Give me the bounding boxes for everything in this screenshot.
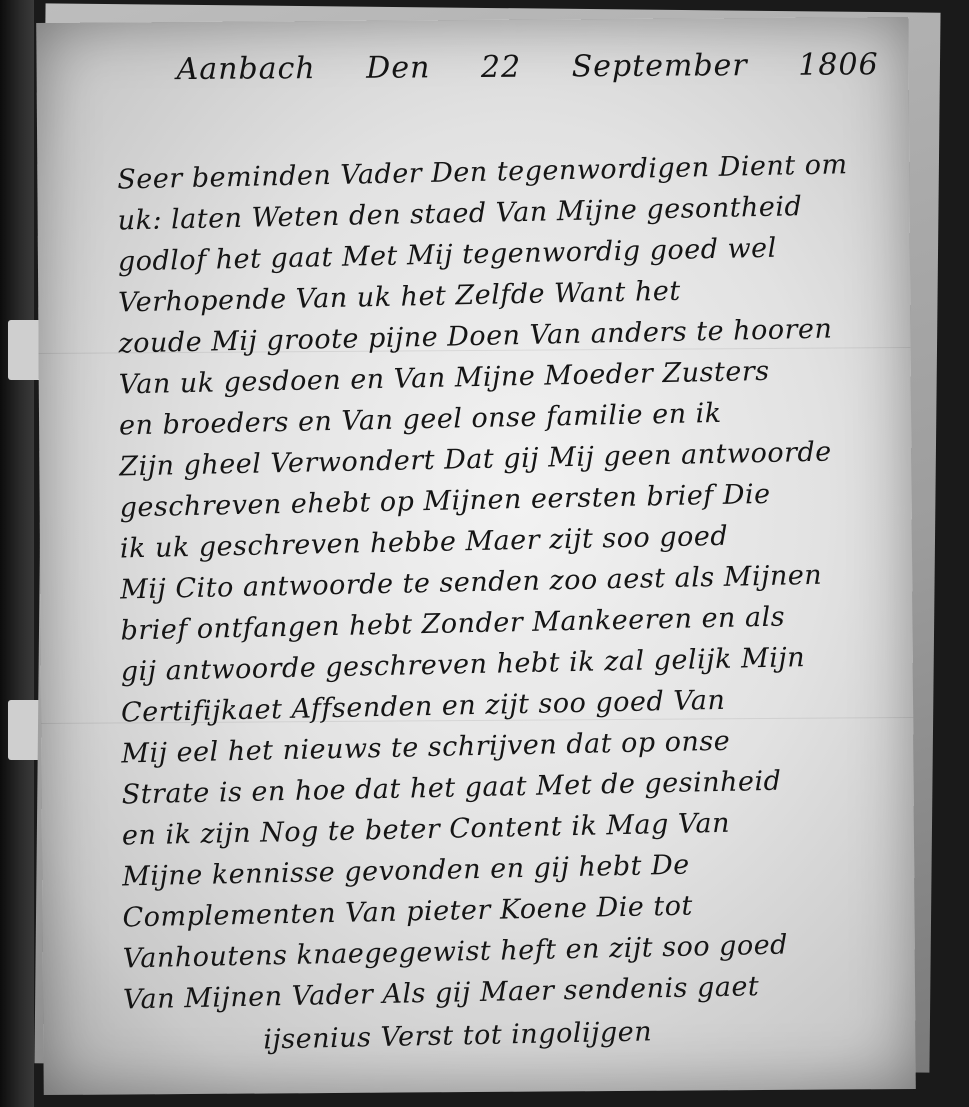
date-prefix: Den (366, 50, 430, 85)
date-day: 22 (481, 50, 521, 85)
letter-line: ik uk geschreven hebbe Maer zijt soo goe… (120, 517, 900, 564)
letter-line: Mijne kennisse gevonden en gij hebt De (122, 845, 902, 892)
letter-line: geschreven ehebt op Mijnen eersten brief… (119, 476, 899, 523)
letter-line: Mij Cito antwoorde te senden zoo aest al… (120, 558, 900, 605)
letter-line: Zijn gheel Verwondert Dat gij Mij geen a… (119, 435, 899, 482)
letter-line: Strate is en hoe dat het gaat Met de ges… (121, 763, 901, 810)
place-name: Aanbach (176, 51, 315, 87)
book-binding-edge (0, 0, 34, 1107)
letter-line: en broeders en Van geel onse familie en … (119, 394, 899, 441)
letter-line: Certifijkaet Affsenden en zijt soo goed … (121, 681, 901, 728)
letter-line: Vanhoutens knaegegewist heft en zijt soo… (122, 927, 902, 974)
date-month: September (572, 48, 748, 84)
letter-line: Mij eel het nieuws te schrijven dat op o… (121, 722, 901, 769)
letter-line: Seer beminden Vader Den tegenwordigen Di… (117, 148, 897, 195)
letter-line: brief ontfangen hebt Zonder Mankeeren en… (120, 599, 900, 646)
letter-line: Van uk gesdoen en Van Mijne Moeder Zuste… (118, 353, 898, 400)
date-year: 1806 (798, 47, 879, 83)
letter-line: godlof het gaat Met Mij tegenwordig goed… (118, 230, 898, 277)
letter-dateline: Aanbach Den 22 September 1806 (176, 47, 918, 87)
letter-line: Van Mijnen Vader Als gij Maer sendenis g… (123, 968, 903, 1015)
letter-page: Aanbach Den 22 September 1806 Seer bemin… (36, 17, 915, 1095)
letter-line: ijsenius Verst tot ingolijgen (263, 1008, 969, 1055)
letter-line: en ik zijn Nog te beter Content ik Mag V… (122, 804, 902, 851)
letter-line: Verhopende Van uk het Zelfde Want het (118, 271, 898, 318)
letter-line: Complementen Van pieter Koene Die tot (122, 886, 902, 933)
letter-line: uk: laten Weten den staed Van Mijne geso… (117, 189, 897, 236)
letter-line: gij antwoorde geschreven hebt ik zal gel… (120, 640, 900, 687)
letter-line: zoude Mij groote pijne Doen Van anders t… (118, 312, 898, 359)
